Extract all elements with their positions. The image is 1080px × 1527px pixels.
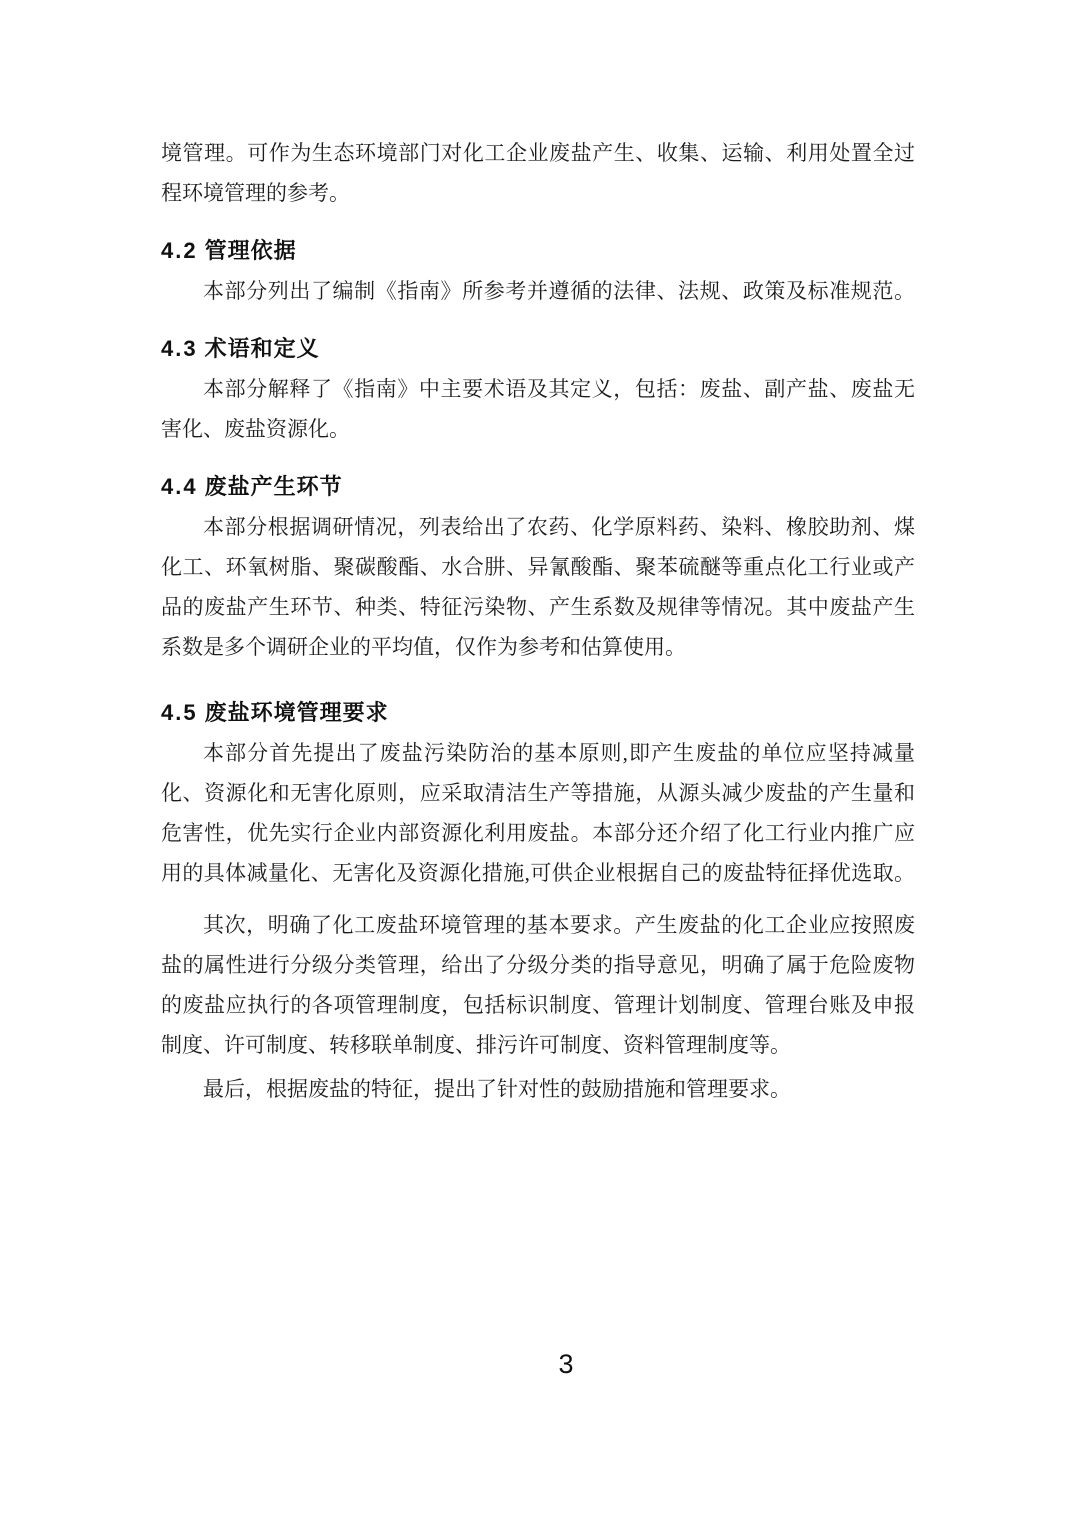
section-4-2-paragraph: 本部分列出了编制《指南》所参考并遵循的法律、法规、政策及标准规范。: [161, 271, 915, 311]
paragraph-line: 本部分根据调研情况，列表给出了农药、化学原料药、染料、橡胶助剂、煤: [161, 507, 915, 547]
section-title: 术语和定义: [205, 336, 320, 361]
paragraph-line: 盐的属性进行分级分类管理，给出了分级分类的指导意见，明确了属于危险废物: [161, 945, 915, 985]
paragraph-line: 本部分解释了《指南》中主要术语及其定义，包括：废盐、副产盐、废盐无: [161, 369, 915, 409]
paragraph-line: 害化、废盐资源化。: [161, 409, 915, 449]
section-4-5-paragraph-1: 本部分首先提出了废盐污染防治的基本原则,即产生废盐的单位应坚持减量 化、资源化和…: [161, 733, 915, 893]
paragraph-line: 其次，明确了化工废盐环境管理的基本要求。产生废盐的化工企业应按照废: [161, 905, 915, 945]
section-heading-4-2: 4.2管理依据: [161, 231, 915, 271]
section-title: 废盐产生环节: [205, 474, 343, 499]
paragraph-line: 境管理。可作为生态环境部门对化工企业废盐产生、收集、运输、利用处置全过: [161, 133, 915, 173]
document-page: 境管理。可作为生态环境部门对化工企业废盐产生、收集、运输、利用处置全过 程环境管…: [0, 0, 1080, 1527]
section-4-5-paragraph-2: 其次，明确了化工废盐环境管理的基本要求。产生废盐的化工企业应按照废 盐的属性进行…: [161, 905, 915, 1065]
section-number: 4.5: [161, 700, 198, 725]
section-number: 4.4: [161, 474, 198, 499]
section-4-5-paragraph-3: 最后，根据废盐的特征，提出了针对性的鼓励措施和管理要求。: [161, 1069, 915, 1109]
paragraph-line: 化工、环氧树脂、聚碳酸酯、水合肼、异氰酸酯、聚苯硫醚等重点化工行业或产: [161, 547, 915, 587]
paragraph-line: 的废盐应执行的各项管理制度，包括标识制度、管理计划制度、管理台账及申报: [161, 985, 915, 1025]
paragraph-intro-continuation: 境管理。可作为生态环境部门对化工企业废盐产生、收集、运输、利用处置全过 程环境管…: [161, 133, 915, 213]
paragraph-line: 用的具体减量化、无害化及资源化措施,可供企业根据自己的废盐特征择优选取。: [161, 853, 915, 893]
section-4-4-paragraph: 本部分根据调研情况，列表给出了农药、化学原料药、染料、橡胶助剂、煤 化工、环氧树…: [161, 507, 915, 667]
document-content: 境管理。可作为生态环境部门对化工企业废盐产生、收集、运输、利用处置全过 程环境管…: [161, 133, 915, 1109]
page-number: 3: [540, 1347, 592, 1381]
section-heading-4-3: 4.3术语和定义: [161, 329, 915, 369]
paragraph-line: 化、资源化和无害化原则，应采取清洁生产等措施，从源头减少废盐的产生量和: [161, 773, 915, 813]
paragraph-line: 危害性，优先实行企业内部资源化利用废盐。本部分还介绍了化工行业内推广应: [161, 813, 915, 853]
paragraph-line: 本部分列出了编制《指南》所参考并遵循的法律、法规、政策及标准规范。: [161, 271, 915, 311]
section-heading-4-5: 4.5废盐环境管理要求: [161, 693, 915, 733]
section-heading-4-4: 4.4废盐产生环节: [161, 467, 915, 507]
paragraph-line: 制度、许可制度、转移联单制度、排污许可制度、资料管理制度等。: [161, 1025, 915, 1065]
paragraph-line: 本部分首先提出了废盐污染防治的基本原则,即产生废盐的单位应坚持减量: [161, 733, 915, 773]
section-number: 4.2: [161, 238, 198, 263]
section-title: 废盐环境管理要求: [205, 700, 389, 725]
section-number: 4.3: [161, 336, 198, 361]
paragraph-line: 品的废盐产生环节、种类、特征污染物、产生系数及规律等情况。其中废盐产生: [161, 587, 915, 627]
paragraph-line: 程环境管理的参考。: [161, 173, 915, 213]
paragraph-line: 系数是多个调研企业的平均值，仅作为参考和估算使用。: [161, 627, 915, 667]
paragraph-line: 最后，根据废盐的特征，提出了针对性的鼓励措施和管理要求。: [161, 1069, 915, 1109]
section-title: 管理依据: [205, 238, 297, 263]
section-4-3-paragraph: 本部分解释了《指南》中主要术语及其定义，包括：废盐、副产盐、废盐无 害化、废盐资…: [161, 369, 915, 449]
